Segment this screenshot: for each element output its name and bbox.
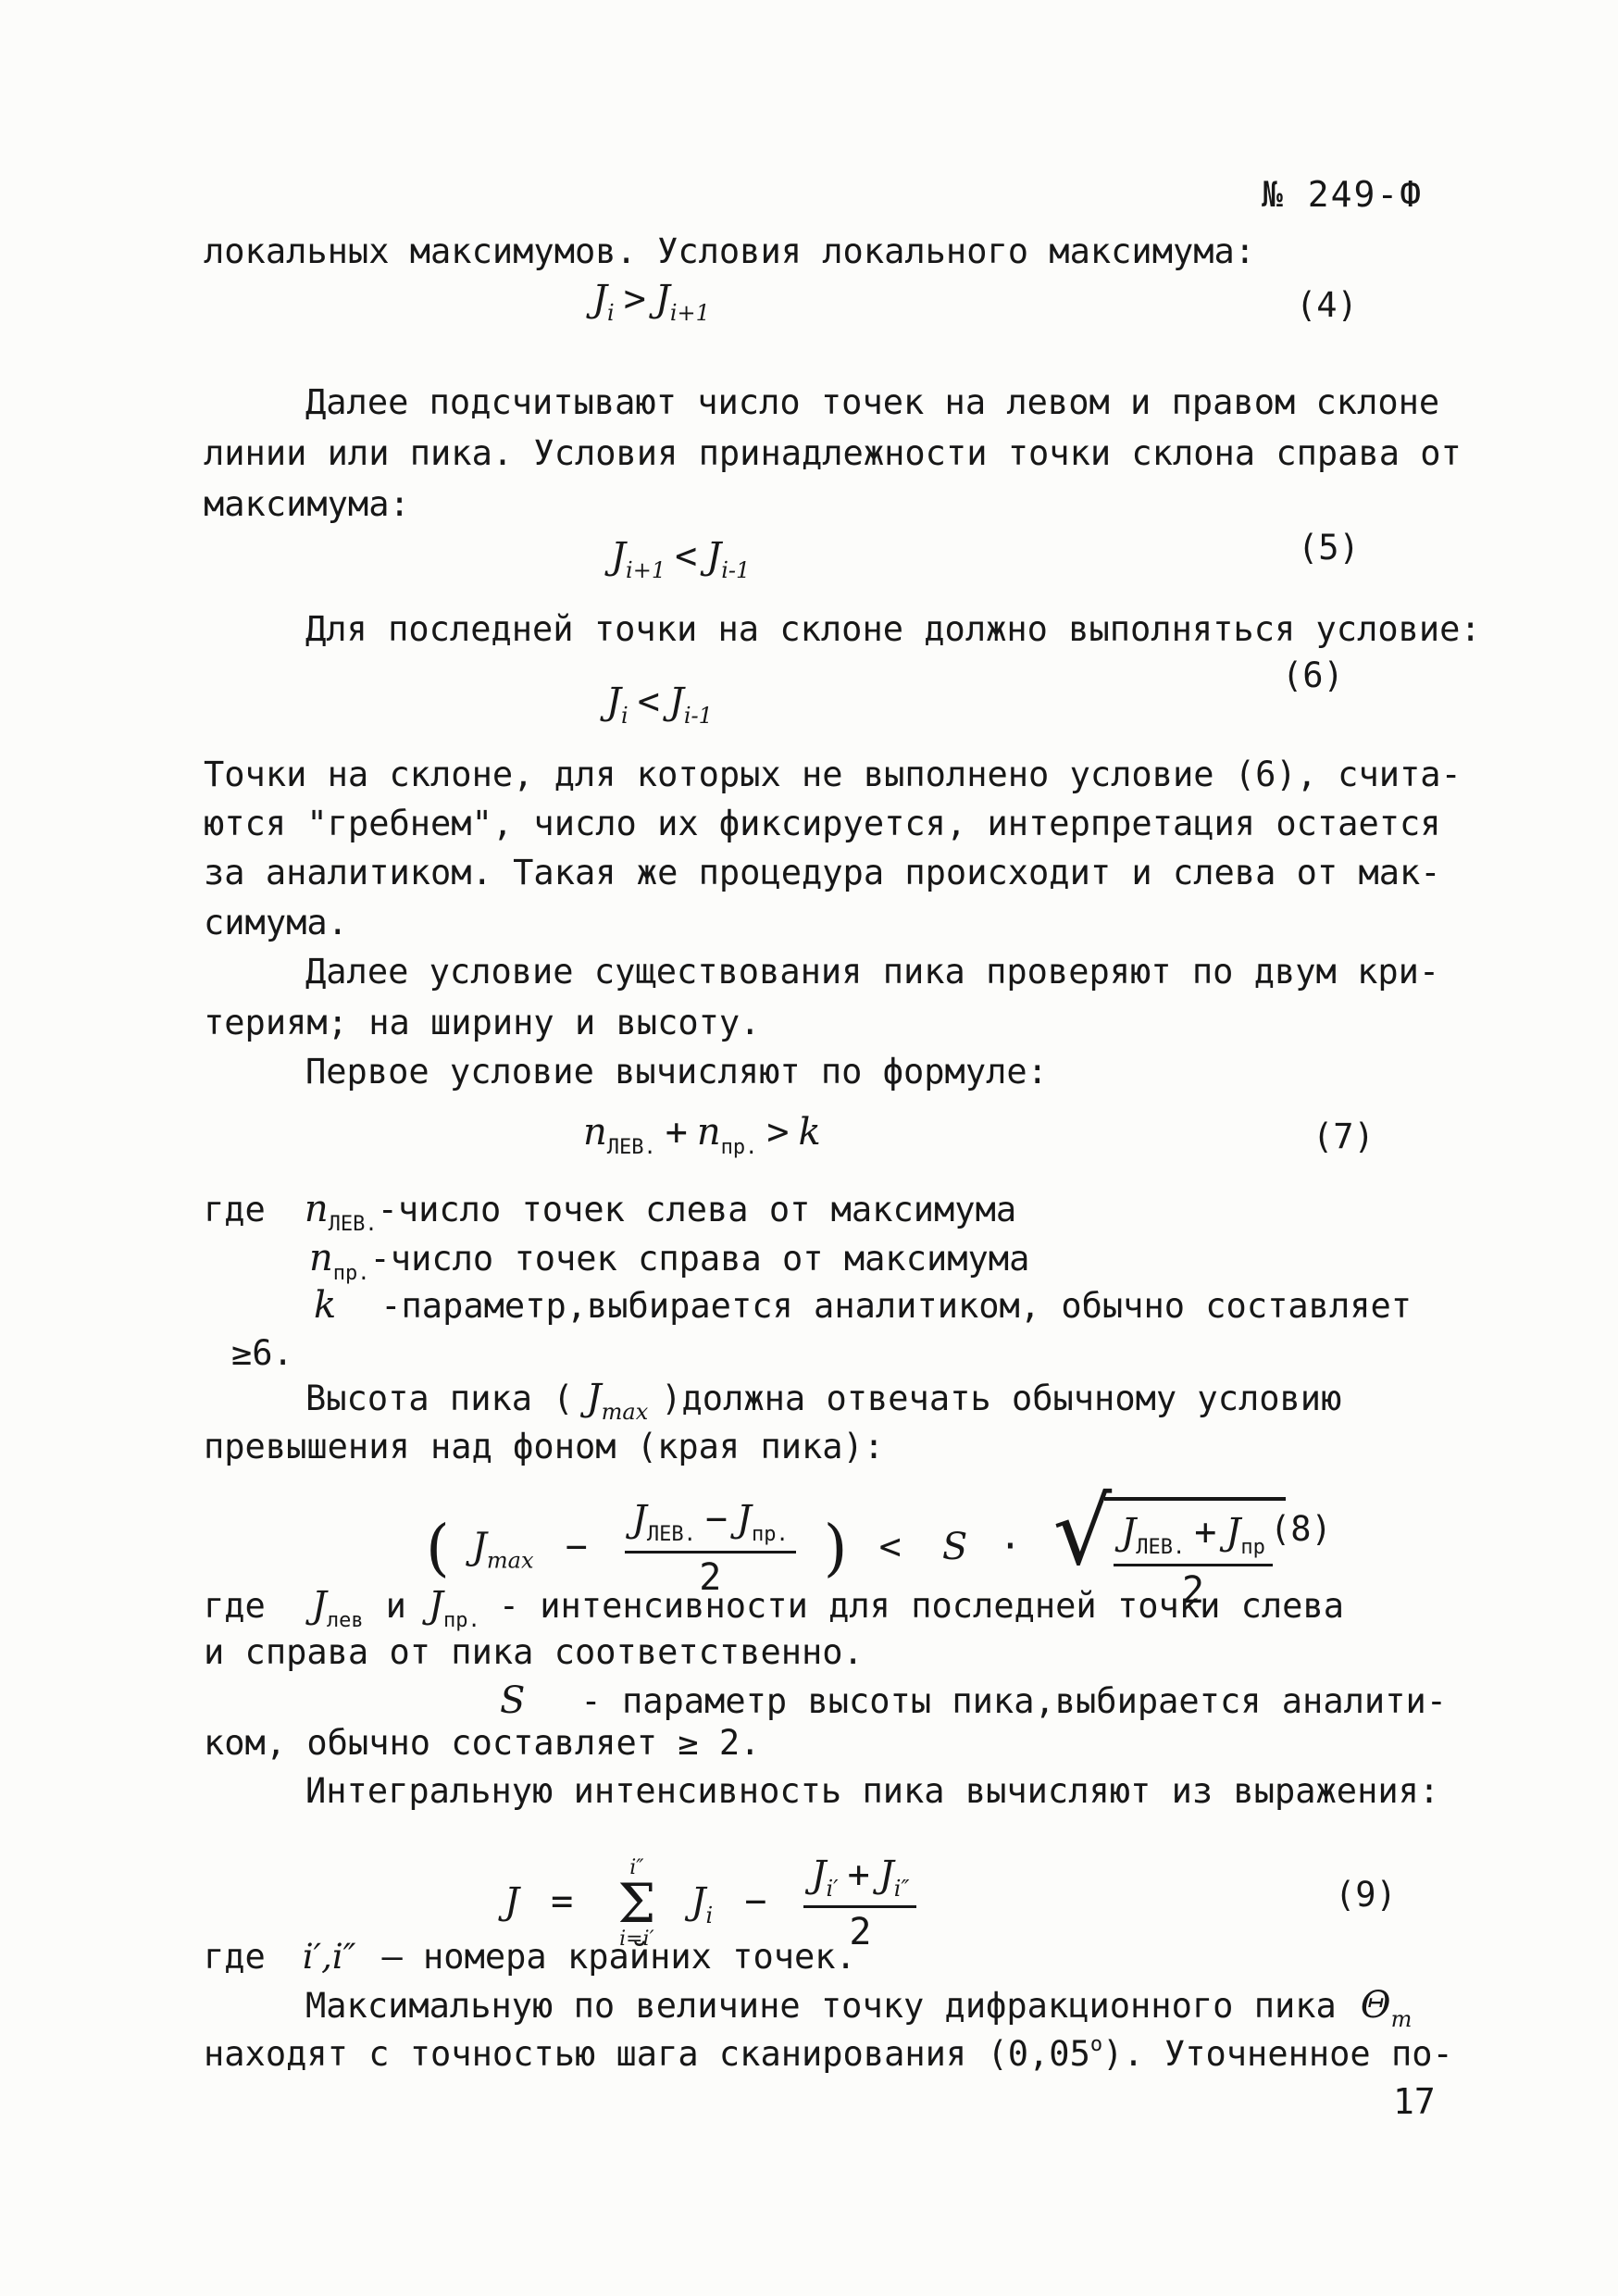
where-line: ком, обычно составляет ≥ 2. (204, 1723, 760, 1764)
definition-text: – номера крайних точек. (381, 1937, 855, 1977)
summation: i″ Σ i=i′ (617, 1858, 655, 1950)
intensity-symbol: J (737, 1498, 752, 1541)
subscript: пр. (721, 1136, 758, 1159)
intensity-symbol: J (706, 535, 721, 578)
dot-operator: · (999, 1526, 1021, 1568)
equation-label-5: (5) (1298, 528, 1360, 568)
count-symbol: n (305, 1188, 329, 1230)
plus-operator: + (1185, 1511, 1226, 1554)
body-line: Максимальную по величине точку дифракцио… (204, 1983, 1412, 2033)
subscript: i (705, 1903, 713, 1928)
intensity-symbol: J (655, 278, 670, 320)
equation-label-6: (6) (1282, 655, 1344, 695)
equation-label-8: (8) (1270, 1509, 1332, 1549)
intensity-symbol: J (611, 535, 626, 578)
intensity-symbol: J (811, 1853, 826, 1896)
intensity-symbol: J (691, 1880, 705, 1923)
body-text: Максимальную по величине точку дифракцио… (305, 1986, 1337, 2026)
equals-operator: = (541, 1880, 582, 1923)
relation-operator: > (757, 1111, 798, 1154)
theta-symbol: Θ (1361, 1984, 1391, 2027)
relation-operator: < (870, 1526, 911, 1568)
body-line: Первое условие вычисляют по формуле: (204, 1052, 1048, 1092)
subscript: i′ (827, 1876, 839, 1902)
intensity-symbol: J (429, 1584, 443, 1627)
body-line: Далее условие существования пика проверя… (204, 952, 1439, 992)
fraction-numerator: Ji′+Ji″ (803, 1854, 916, 1908)
definition-text: -параметр,выбирается аналитиком, обычно … (380, 1286, 1412, 1326)
conjunction: и (386, 1586, 406, 1626)
subscript: i-1 (684, 703, 713, 729)
subscript: max (487, 1548, 534, 1574)
body-line: максимума: (204, 484, 410, 525)
radical-sign: √ (1053, 1486, 1113, 1578)
right-paren: ) (824, 1513, 848, 1584)
intensity-symbol: J (472, 1526, 487, 1568)
parameter-symbol: S (500, 1679, 525, 1722)
relation-operator: > (615, 278, 655, 320)
definition-text: - интенсивности для последней точки слев… (499, 1586, 1344, 1626)
minus-operator: − (556, 1526, 597, 1568)
body-line: превышения над фоном (края пика): (204, 1427, 884, 1467)
where-line: гдеi′,i″– номера крайних точек. (204, 1937, 856, 1978)
doc-number: № 249-Ф (1262, 174, 1423, 215)
parameter-symbol: k (798, 1111, 820, 1154)
subscript: пр (1240, 1536, 1265, 1559)
subscript: ЛЕВ. (329, 1213, 378, 1236)
parameter-symbol: k (314, 1284, 336, 1327)
equation-label-9: (9) (1335, 1875, 1397, 1915)
equation-5: Ji+1<Ji-1 (611, 535, 750, 583)
body-line: локальных максимумов. Условия локального… (204, 231, 1255, 272)
body-text: )должна отвечать обычному условию (661, 1379, 1341, 1418)
where-line: nпр.-число точек справа от максимума (204, 1236, 1029, 1286)
body-line: Для последней точки на склоне должно вып… (204, 609, 1481, 650)
intensity-symbol: J (1121, 1511, 1136, 1554)
equation-7: nЛЕВ.+nпр.>k (583, 1111, 821, 1159)
subscript: ЛЕВ. (647, 1523, 696, 1546)
subscript: i″ (894, 1876, 910, 1902)
relation-operator: < (666, 535, 706, 578)
where-keyword: где (204, 1586, 266, 1626)
body-line: териям; на ширину и высоту. (204, 1003, 760, 1043)
index-pair: i′,i″ (303, 1937, 356, 1977)
subscript: ЛЕВ. (1136, 1536, 1185, 1559)
body-text: находят с точностью шага сканирования (0… (204, 2034, 1090, 2074)
body-line: симума. (204, 903, 348, 943)
body-line: линии или пика. Условия принадлежности т… (204, 433, 1462, 474)
subscript: пр. (333, 1262, 370, 1285)
subscript: i (621, 703, 629, 729)
formula-6: Ji<Ji-1 (6) (204, 657, 1516, 768)
equation-4: Ji>Ji+1 (592, 278, 710, 326)
count-symbol: n (697, 1111, 721, 1154)
count-symbol: n (583, 1111, 607, 1154)
plus-operator: + (839, 1853, 879, 1896)
where-line: ≥6. (204, 1333, 293, 1374)
where-line: гдеnЛЕВ.-число точек слева от максимума (204, 1187, 1016, 1237)
intensity-symbol: J (879, 1853, 894, 1896)
where-line: k-параметр,выбирается аналитиком, обычно… (204, 1283, 1412, 1328)
equation-6: Ji<Ji-1 (606, 680, 713, 729)
intensity-symbol: J (1226, 1511, 1240, 1554)
intensity-symbol: J (587, 1377, 602, 1419)
subscript: max (602, 1399, 649, 1425)
equation-label-7: (7) (1313, 1117, 1375, 1156)
definition-text: -число точек справа от максимума (370, 1239, 1030, 1279)
left-paren: ( (426, 1513, 450, 1584)
where-line: S- параметр высоты пика,выбирается анали… (204, 1678, 1447, 1723)
subscript: i+1 (670, 300, 710, 326)
sigma-symbol: Σ (617, 1878, 655, 1929)
intensity-symbol: J (312, 1584, 327, 1627)
definition-text: -число точек слева от максимума (378, 1190, 1017, 1229)
intensity-symbol: J (669, 680, 684, 723)
where-line: гдеJлевиJпр.- интенсивности для последне… (204, 1583, 1344, 1633)
intensity-symbol: J (632, 1498, 647, 1541)
relation-operator: < (629, 680, 669, 723)
body-text: ). Уточненное по- (1102, 2034, 1453, 2074)
subscript: пр. (752, 1523, 789, 1546)
subscript: i+1 (626, 557, 666, 583)
page-number: 17 (1393, 2081, 1436, 2122)
subscript: ЛЕВ. (607, 1136, 656, 1159)
equation-label-4: (4) (1296, 285, 1358, 325)
document-page: № 249-Ф локальных максимумов. Условия ло… (0, 0, 1618, 2296)
subscript: пр. (443, 1609, 480, 1632)
where-line: и справа от пика соответственно. (204, 1632, 864, 1673)
fraction-numerator: JЛЕВ.−Jпр. (625, 1499, 796, 1554)
body-line: находят с точностью шага сканирования (0… (204, 2033, 1453, 2075)
count-symbol: n (309, 1237, 333, 1279)
fraction-numerator: JЛЕВ.+Jпр (1114, 1512, 1273, 1566)
subscript: i (607, 300, 615, 326)
body-text: Высота пика ( (305, 1379, 574, 1418)
subscript: m (1391, 2006, 1413, 2032)
body-line: Точки на склоне, для которых не выполнен… (204, 755, 1462, 795)
body-line: Высота пика (Jmax)должна отвечать обычно… (204, 1376, 1341, 1426)
body-line: за аналитиком. Такая же процедура происх… (204, 853, 1441, 893)
formula-4: Ji>Ji+1 (4) (204, 278, 1516, 389)
body-line: Интегральную интенсивность пика вычисляю… (204, 1771, 1439, 1812)
body-line: ются "гребнем", число их фиксируется, ин… (204, 804, 1441, 844)
intensity-symbol: J (592, 278, 607, 320)
where-keyword: где (204, 1190, 266, 1229)
body-line: Далее подсчитывают число точек на левом … (204, 382, 1439, 423)
definition-text: - параметр высоты пика,выбирается аналит… (580, 1681, 1447, 1721)
parameter-symbol: S (933, 1526, 977, 1568)
minus-operator: − (696, 1498, 737, 1541)
subscript: лев (327, 1609, 364, 1632)
intensity-symbol: J (504, 1880, 519, 1923)
degree-superscript: о (1090, 2033, 1102, 2056)
intensity-symbol: J (606, 680, 621, 723)
subscript: i-1 (721, 557, 750, 583)
where-keyword: где (204, 1937, 266, 1977)
plus-operator: + (656, 1111, 697, 1154)
minus-operator: − (735, 1880, 776, 1923)
